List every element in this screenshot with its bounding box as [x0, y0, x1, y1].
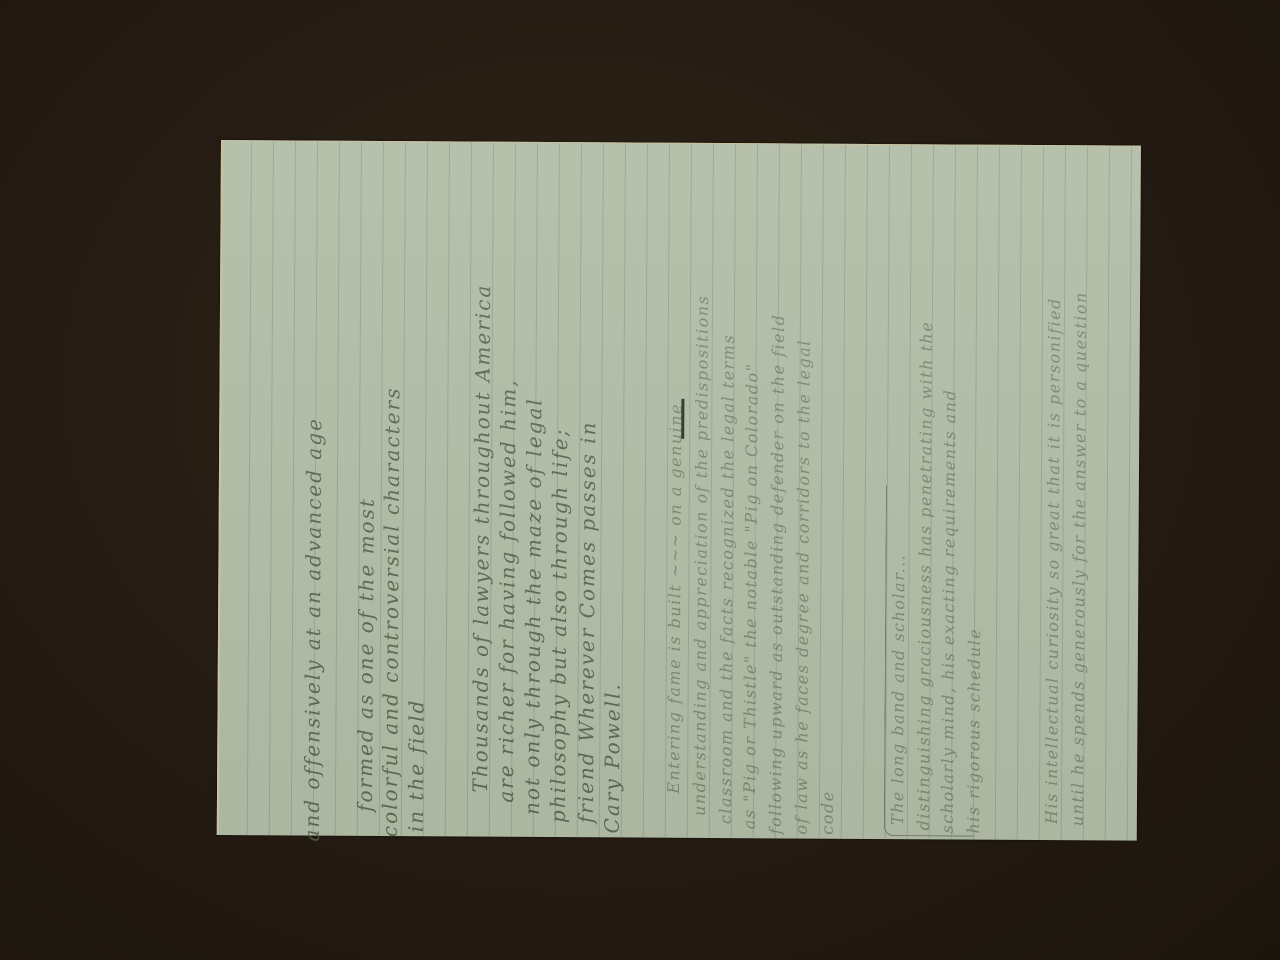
- bracket-mark: [884, 485, 977, 837]
- handwritten-line: not only through the maze of legal: [521, 397, 546, 815]
- handwritten-line: colorful and controversial characters: [379, 387, 404, 838]
- handwritten-line: as "Pig or Thistle" the notable "Pig on …: [739, 362, 764, 829]
- handwritten-line: code: [817, 790, 839, 834]
- handwritten-line: friend Wherever Comes passes in: [575, 420, 599, 823]
- handwritten-line: understanding and appreciation of the pr…: [689, 295, 714, 816]
- handwritten-line: Thousands of lawyers throughout America: [469, 284, 494, 793]
- handwritten-line: philosophy but also through life;: [547, 428, 571, 824]
- handwritten-line: formed as one of the most: [354, 497, 378, 812]
- handwritten-line: and offensively at an advanced age: [301, 417, 326, 842]
- handwritten-page: and offensively at an advanced age forme…: [217, 140, 1141, 841]
- ink-strikethrough: [681, 399, 684, 439]
- handwriting-layer: and offensively at an advanced age forme…: [219, 141, 1141, 841]
- handwritten-line: are richer for having followed him,: [495, 378, 520, 803]
- handwritten-line: following upward as outstanding defender…: [765, 314, 790, 835]
- handwritten-line: in the field: [405, 699, 428, 833]
- handwritten-line: until he spends generously for the answe…: [1067, 291, 1092, 826]
- handwritten-line: Entering fame is built ~~~ on a genuine: [663, 403, 687, 794]
- handwritten-line: of law as he faces degree and corridors …: [791, 339, 816, 835]
- handwritten-line: His intellectual curiosity so great that…: [1041, 297, 1066, 824]
- handwritten-line: Cary Powell.: [601, 682, 624, 833]
- handwritten-line: classroom and the facts recognized the l…: [715, 334, 740, 824]
